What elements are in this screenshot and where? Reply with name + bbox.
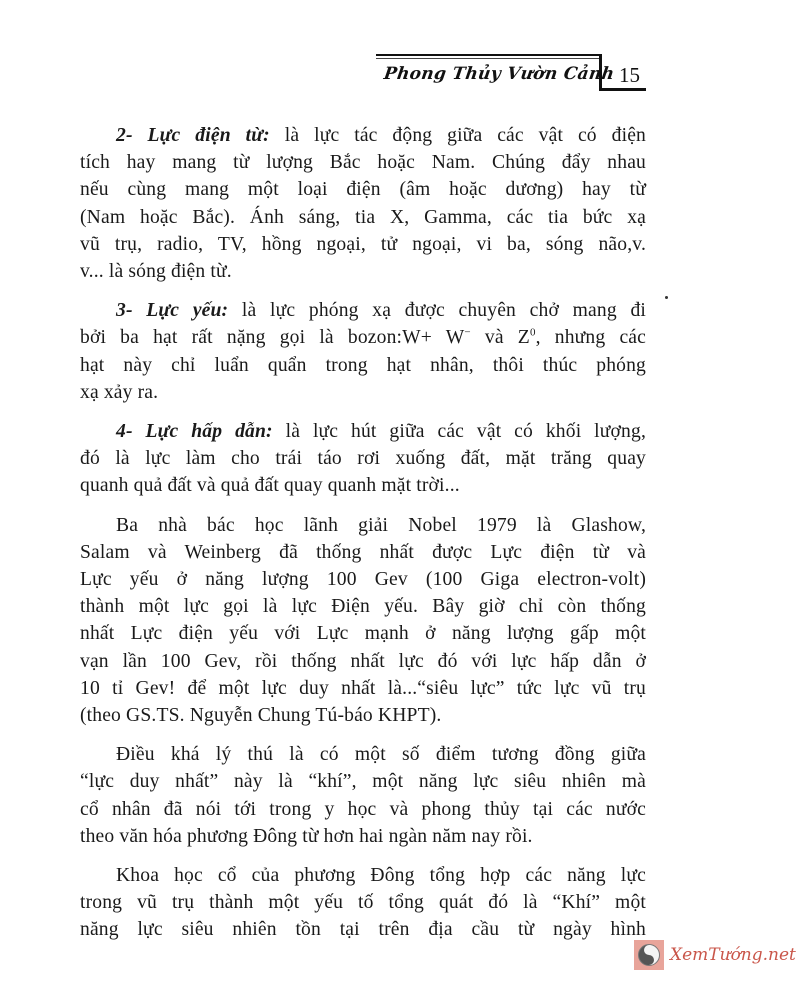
paragraph-electromagnetic-force: 2- Lực điện từ: là lực tác động giữa các… — [80, 122, 646, 285]
watermark-logo — [634, 940, 664, 970]
header-rule-thin — [376, 58, 601, 59]
yin-yang-icon — [638, 944, 660, 966]
running-title: Phong Thủy Vườn Cảnh — [383, 64, 616, 84]
running-header: Phong Thủy Vườn Cảnh 15 — [376, 52, 676, 96]
watermark: XemTướng.net — [634, 940, 796, 970]
paragraph-nobel-unification: Ba nhà bác học lãnh giải Nobel 1979 là G… — [80, 512, 646, 730]
paragraph-lead: 4- Lực hấp dẫn: — [116, 421, 273, 442]
page-number: 15 — [619, 63, 640, 88]
paragraph-gravity: 4- Lực hấp dẫn: là lực hút giữa các vật … — [80, 418, 646, 500]
scan-speck — [665, 296, 668, 299]
watermark-text: XemTướng.net — [670, 945, 796, 965]
header-corner-horizontal — [599, 88, 646, 91]
header-rule — [376, 54, 601, 56]
paragraph-lead: 2- Lực điện từ: — [116, 125, 270, 146]
paragraph-weak-force: 3- Lực yếu: là lực phóng xạ được chuyên … — [80, 297, 646, 406]
paragraph-eastern-science: Khoa học cổ của phương Đông tổng hợp các… — [80, 862, 646, 944]
paragraph-khi-similarity: Điều khá lý thú là có một số điểm tương … — [80, 741, 646, 850]
body-text: 2- Lực điện từ: là lực tác động giữa các… — [80, 122, 646, 956]
paragraph-lead: 3- Lực yếu: — [116, 300, 228, 321]
